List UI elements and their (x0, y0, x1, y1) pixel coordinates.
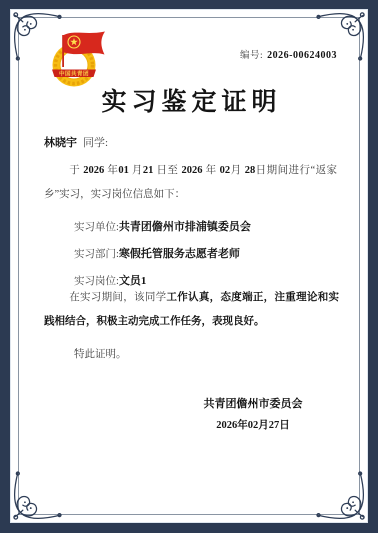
intro-segment: 日至 (156, 165, 181, 176)
greeting-line: 林晓宇同学: (44, 134, 108, 150)
info-row: 实习单位:共青团儋州市排浦镇委员会 (74, 214, 337, 241)
info-row: 实习部门:寒假托管服务志愿者老师 (74, 241, 337, 268)
intro-segment: 年 (206, 165, 220, 176)
serial-label: 编号: (240, 51, 263, 61)
intro-segment: 年 (107, 165, 118, 176)
intro-segment: 2026 (83, 165, 107, 176)
greeting-suffix: 同学: (83, 137, 108, 149)
intro-segment: 21 (143, 165, 157, 176)
signature-block: 共青团儋州市委员会 2026年02月27日 (168, 394, 338, 436)
intro-paragraph: 于 2026 年01 月21 日至 2026 年 02月 28日期间进行“返家乡… (44, 159, 337, 207)
info-value: 共青团儋州市排浦镇委员会 (119, 221, 251, 233)
emblem-banner-text: 中国共青团 (59, 69, 89, 77)
corner-flourish-icon (12, 471, 62, 521)
info-list: 实习单位:共青团儋州市排浦镇委员会 实习部门:寒假托管服务志愿者老师 实习岗位:… (74, 214, 337, 295)
evaluation-paragraph: 在实习期间，该同学工作认真，态度端正，注重理论和实践相结合，积极主动完成工作任务… (44, 286, 339, 334)
intro-segment: 02 (220, 165, 231, 176)
intro-segment: 于 (69, 165, 83, 176)
serial-row: 编号:2026-00624003 (11, 47, 337, 61)
student-name: 林晓宇 (44, 137, 77, 149)
info-value: 寒假托管服务志愿者老师 (119, 248, 240, 260)
signature-date: 2026年02月27日 (168, 415, 338, 436)
intro-segment: 01 (118, 165, 132, 176)
intro-segment: 2026 (182, 165, 206, 176)
info-label: 实习单位: (74, 222, 119, 233)
intro-segment: 28 (245, 165, 256, 176)
info-label: 实习部门: (74, 249, 119, 260)
certificate-sheet: 中国共青团 编号:2026-00624003 实习鉴定证明 林晓宇同学: 于 2… (10, 9, 368, 523)
signature-org: 共青团儋州市委员会 (168, 394, 338, 415)
certificate-title: 实习鉴定证明 (11, 82, 367, 118)
corner-flourish-icon (316, 471, 366, 521)
serial-number: 2026-00624003 (267, 50, 337, 61)
closing-line: 特此证明。 (74, 346, 127, 361)
intro-segment: 月 (230, 165, 245, 176)
intro-segment: 月 (132, 165, 143, 176)
evaluation-segment: 在实习期间，该同学 (69, 292, 166, 303)
